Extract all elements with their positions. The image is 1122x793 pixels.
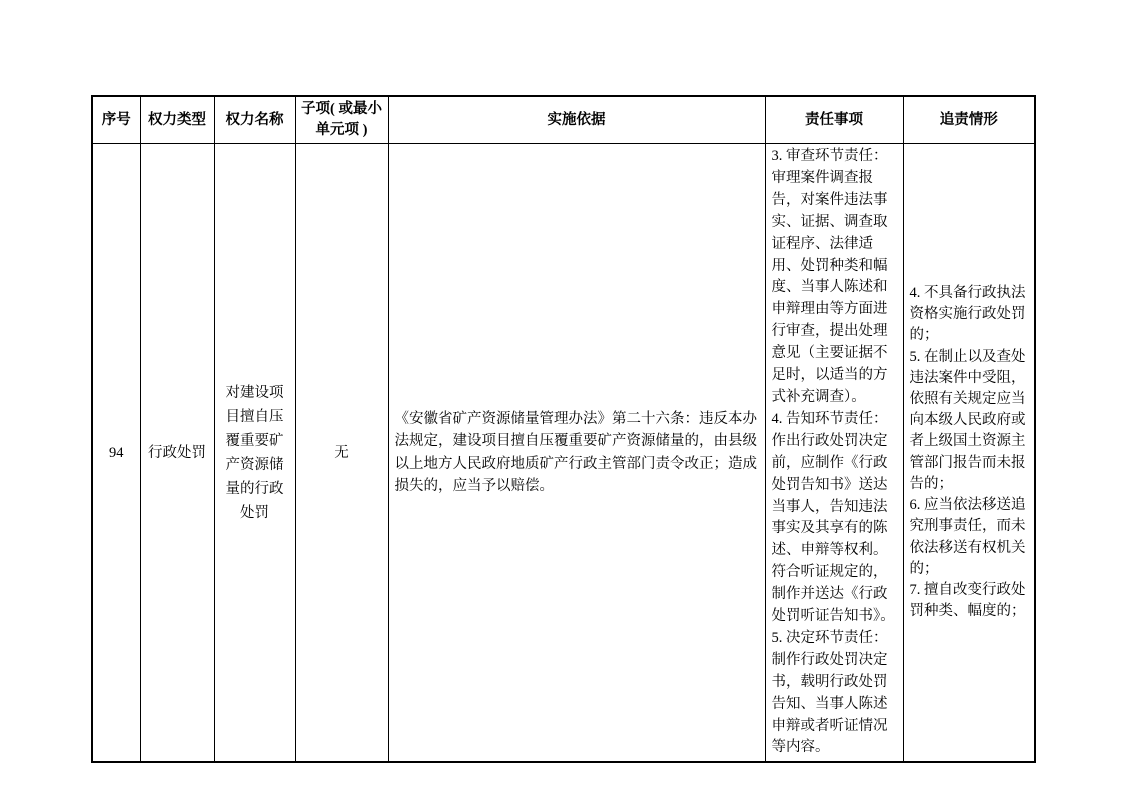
document-page: 序号 权力类型 权力名称 子项( 或最小单元项 ) 实施依据 责任事项 追责情形… <box>0 0 1122 793</box>
cell-basis: 《安徽省矿产资源储量管理办法》第二十六条：违反本办法规定，建设项目擅自压覆重要矿… <box>388 144 765 763</box>
cell-power-type: 行政处罚 <box>140 144 214 763</box>
header-accountability: 追责情形 <box>903 96 1035 144</box>
table-row: 94 行政处罚 对建设项目擅自压覆重要矿产资源储量的行政处罚 无 《安徽省矿产资… <box>92 144 1035 763</box>
header-power-name: 权力名称 <box>214 96 295 144</box>
power-matrix-table: 序号 权力类型 权力名称 子项( 或最小单元项 ) 实施依据 责任事项 追责情形… <box>91 95 1036 763</box>
cell-sub-item: 无 <box>295 144 388 763</box>
cell-seq: 94 <box>92 144 140 763</box>
cell-responsibility: 3. 审查环节责任：审理案件调查报告，对案件违法事实、证据、调查取证程序、法律适… <box>765 144 903 763</box>
header-power-type: 权力类型 <box>140 96 214 144</box>
header-responsibility: 责任事项 <box>765 96 903 144</box>
cell-accountability: 4. 不具备行政执法资格实施行政处罚的； 5. 在制止以及查处违法案件中受阻，依… <box>903 144 1035 763</box>
header-row: 序号 权力类型 权力名称 子项( 或最小单元项 ) 实施依据 责任事项 追责情形 <box>92 96 1035 144</box>
header-seq: 序号 <box>92 96 140 144</box>
header-sub-item: 子项( 或最小单元项 ) <box>295 96 388 144</box>
header-basis: 实施依据 <box>388 96 765 144</box>
cell-power-name: 对建设项目擅自压覆重要矿产资源储量的行政处罚 <box>214 144 295 763</box>
